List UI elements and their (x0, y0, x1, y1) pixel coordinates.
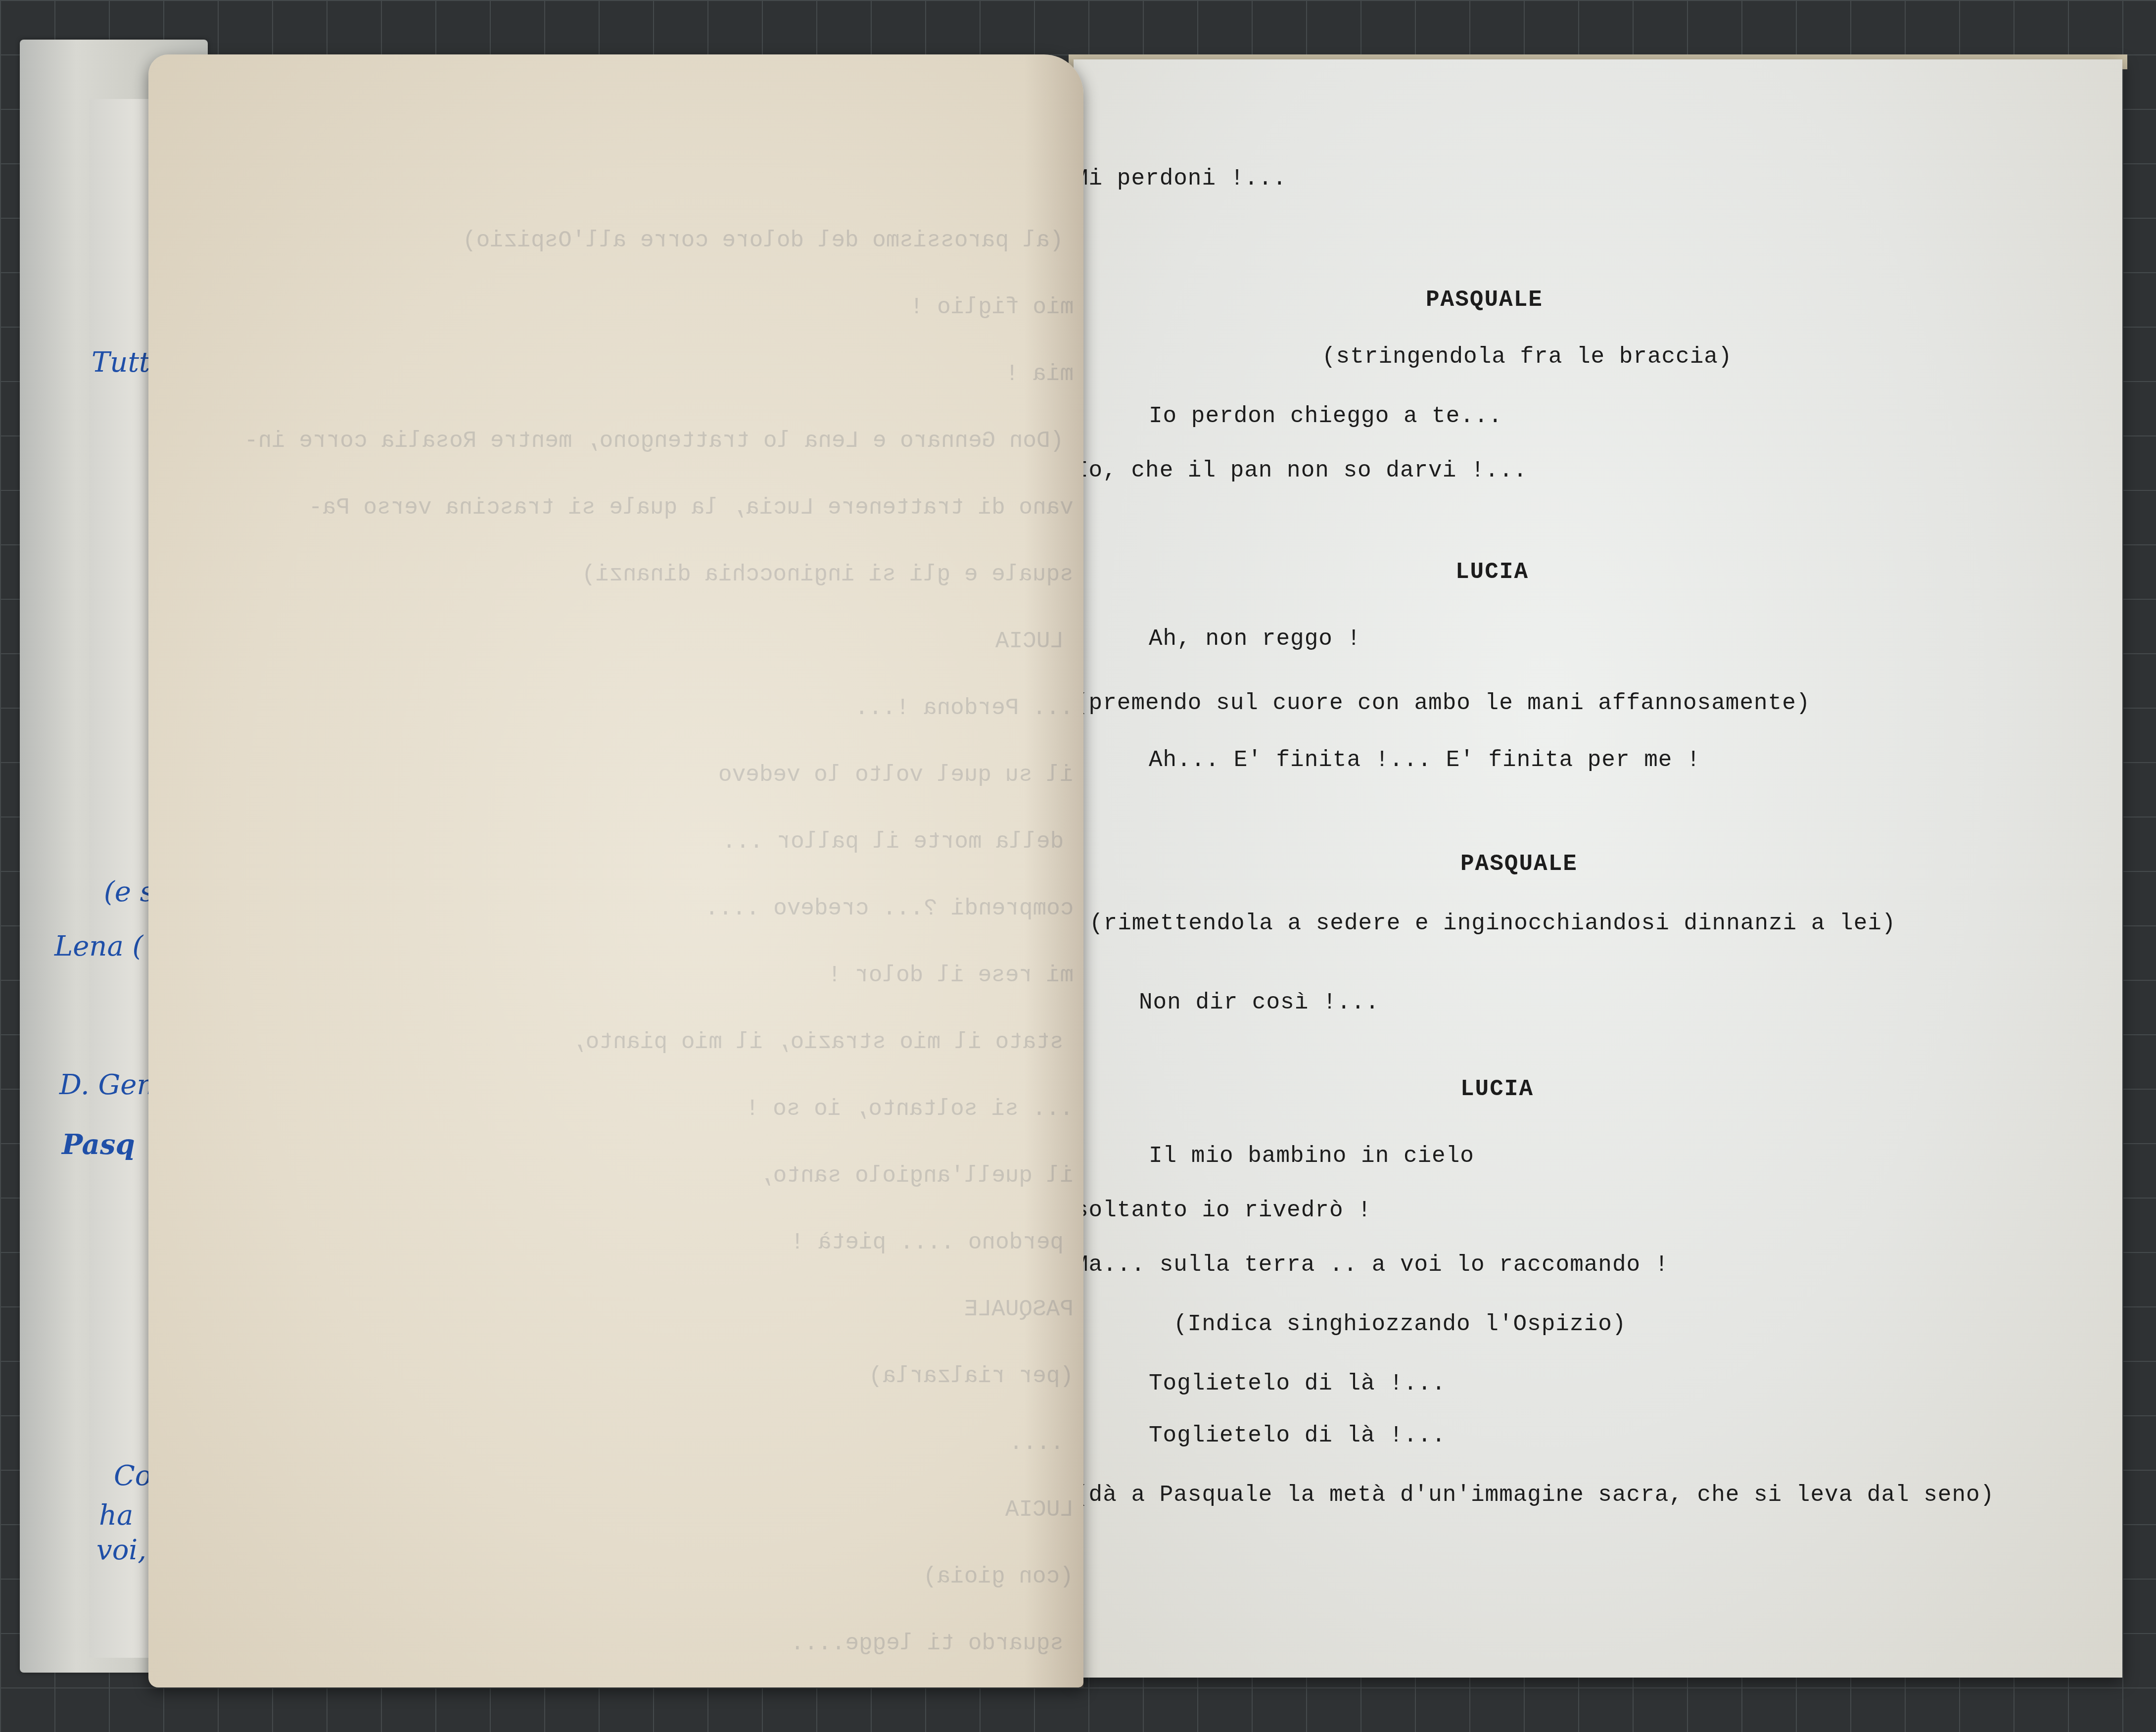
bleed-through-text: (Don Gennaro e Lena lo trattengono, ment… (244, 428, 1064, 454)
margin-note: Lena ( (54, 930, 143, 962)
dialogue-line: Il mio bambino in cielo (1149, 1143, 1474, 1169)
margin-note: voi, (96, 1534, 146, 1566)
dialogue-line: Toglietelo di là !... (1149, 1423, 1446, 1448)
bleed-through-text: perdono .... pietà ! (791, 1230, 1064, 1255)
bleed-through-text: della morte il pallor ... (722, 829, 1064, 855)
bleed-through-text: stato il mio strazio, il mio pianto, (572, 1029, 1064, 1055)
dialogue-line: Io perdon chieggo a te... (1149, 403, 1502, 429)
bleed-through-text: PASQUALE (964, 1297, 1074, 1322)
stage-direction: (Indica singhiozzando l'Ospizio) (1173, 1311, 1626, 1337)
stage-direction: (stringendola fra le braccia) (1322, 344, 1733, 370)
dialogue-line: Io, che il pan non so darvi !... (1075, 458, 1527, 483)
speaker-name: PASQUALE (1426, 287, 1543, 313)
dialogue-line: Ma... sulla terra .. a voi lo raccomando… (1075, 1252, 1669, 1278)
bleed-through-text: sguardo ti legge.... (791, 1631, 1064, 1656)
dialogue-line: soltanto io rivedrò ! (1075, 1198, 1372, 1223)
margin-note: (e s (104, 876, 154, 908)
bleed-through-text: .... (1009, 1430, 1064, 1456)
margin-note: Pasq (62, 1128, 135, 1161)
dialogue-line: Ah... E' finita !... E' finita per me ! (1149, 747, 1701, 773)
bleed-through-text: ... si soltanto, io so ! (746, 1096, 1074, 1122)
stage-direction: (premendo sul cuore con ambo le mani aff… (1075, 690, 1810, 716)
left-page: (al parossismo del dolore corre all'Ospi… (148, 54, 1083, 1687)
bleed-through-text: (al parossismo del dolore corre all'Ospi… (463, 228, 1064, 253)
stage-direction: (dà a Pasquale la metà d'un'immagine sac… (1075, 1482, 1994, 1508)
speaker-name: LUCIA (1460, 1076, 1534, 1102)
bleed-through-text: ... Perdona !... (855, 695, 1074, 721)
dialogue-line: Toglietelo di là !... (1149, 1371, 1446, 1396)
dialogue-line: Non dir così !... (1139, 990, 1379, 1015)
margin-note: ha (99, 1499, 133, 1532)
dialogue-line: Mi perdoni !... (1075, 166, 1287, 192)
speaker-name: LUCIA (1455, 559, 1529, 585)
bleed-through-text: comprendi ?... credevo .... (705, 896, 1074, 921)
bleed-through-text: mio figlio ! (910, 294, 1074, 320)
bleed-through-text: LUCIA (995, 628, 1064, 654)
bleed-through-text: (per rialzarla) (869, 1363, 1074, 1389)
bleed-through-text: (con gioia) (923, 1564, 1074, 1589)
bleed-through-text: vano di trattenere Lucia, la quale si tr… (309, 495, 1074, 521)
bleed-through-text: il quell'angiolo santo, (759, 1163, 1074, 1189)
bleed-through-text: il su quel volto lo vedevo (718, 762, 1074, 788)
bleed-through-text: LUCIA (1005, 1497, 1074, 1523)
bleed-through-text: squale e gli si inginocchia dinanzi) (582, 562, 1074, 587)
dialogue-line: Ah, non reggo ! (1149, 626, 1361, 652)
speaker-name: PASQUALE (1460, 851, 1578, 877)
bleed-through-text: mi rese il dolor ! (828, 962, 1074, 988)
right-page: Mi perdoni !...PASQUALE(stringendola fra… (1074, 59, 2122, 1678)
stage-direction: (rimettendola a sedere e inginocchiandos… (1089, 911, 1896, 936)
bleed-through-text: mia ! (1005, 361, 1074, 387)
